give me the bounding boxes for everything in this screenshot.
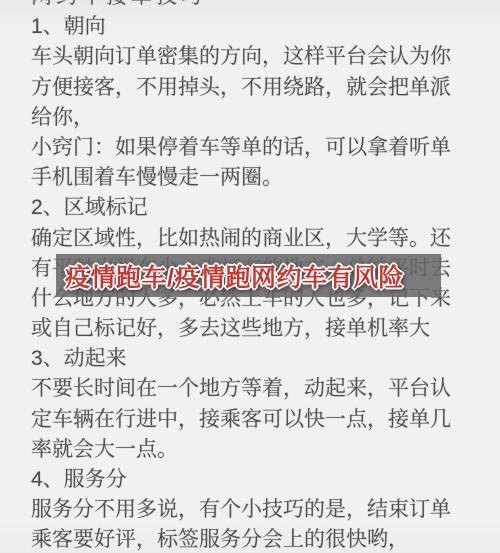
text-line: 手机围着车慢慢走一两圈。 — [31, 163, 492, 193]
section-3-heading: 3、动起来 — [31, 344, 492, 374]
text-line: 服务分不用多说，有个小技巧的是，结束订单 — [31, 495, 492, 525]
title-overlay-bar: 疫情跑车/疫情跑网约车有风险 — [56, 254, 441, 297]
text-line: 或自己标记好，多去这些地方，接单机率大 — [31, 314, 492, 344]
text-line: 定车辆在行进中，接乘客可以快一点，接单几 — [31, 405, 492, 435]
text-line: 给你， — [31, 103, 492, 133]
text-line: 不要长时间在一个地方等着，动起来，平台认 — [31, 374, 492, 404]
text-line: 小窍门：如果停着车等单的话，可以拿着听单 — [31, 133, 492, 163]
text-line: 确定区域性，比如热闹的商业区，大学等。还 — [31, 224, 492, 254]
text-line: 方便接客，不用掉头，不用绕路，就会把单派 — [31, 73, 492, 103]
section-4-heading: 4、服务分 — [31, 465, 492, 495]
section-2-heading: 2、区域标记 — [31, 193, 492, 223]
overlay-title: 疫情跑车/疫情跑网约车有风险 — [65, 258, 404, 294]
section-1-heading: 1、朝向 — [31, 12, 492, 42]
text-line: 车头朝向订单密集的方向，这样平台会认为你 — [31, 42, 492, 72]
text-line: 率就会大一点。 — [31, 435, 492, 465]
text-line: 乘客要好评，标签服务分会上的很快哟， — [31, 525, 492, 553]
clipped-heading-line: 网约车接单技巧 — [31, 0, 492, 12]
article-screenshot: 网约车接单技巧 1、朝向 车头朝向订单密集的方向，这样平台会认为你 方便接客，不… — [0, 0, 500, 553]
